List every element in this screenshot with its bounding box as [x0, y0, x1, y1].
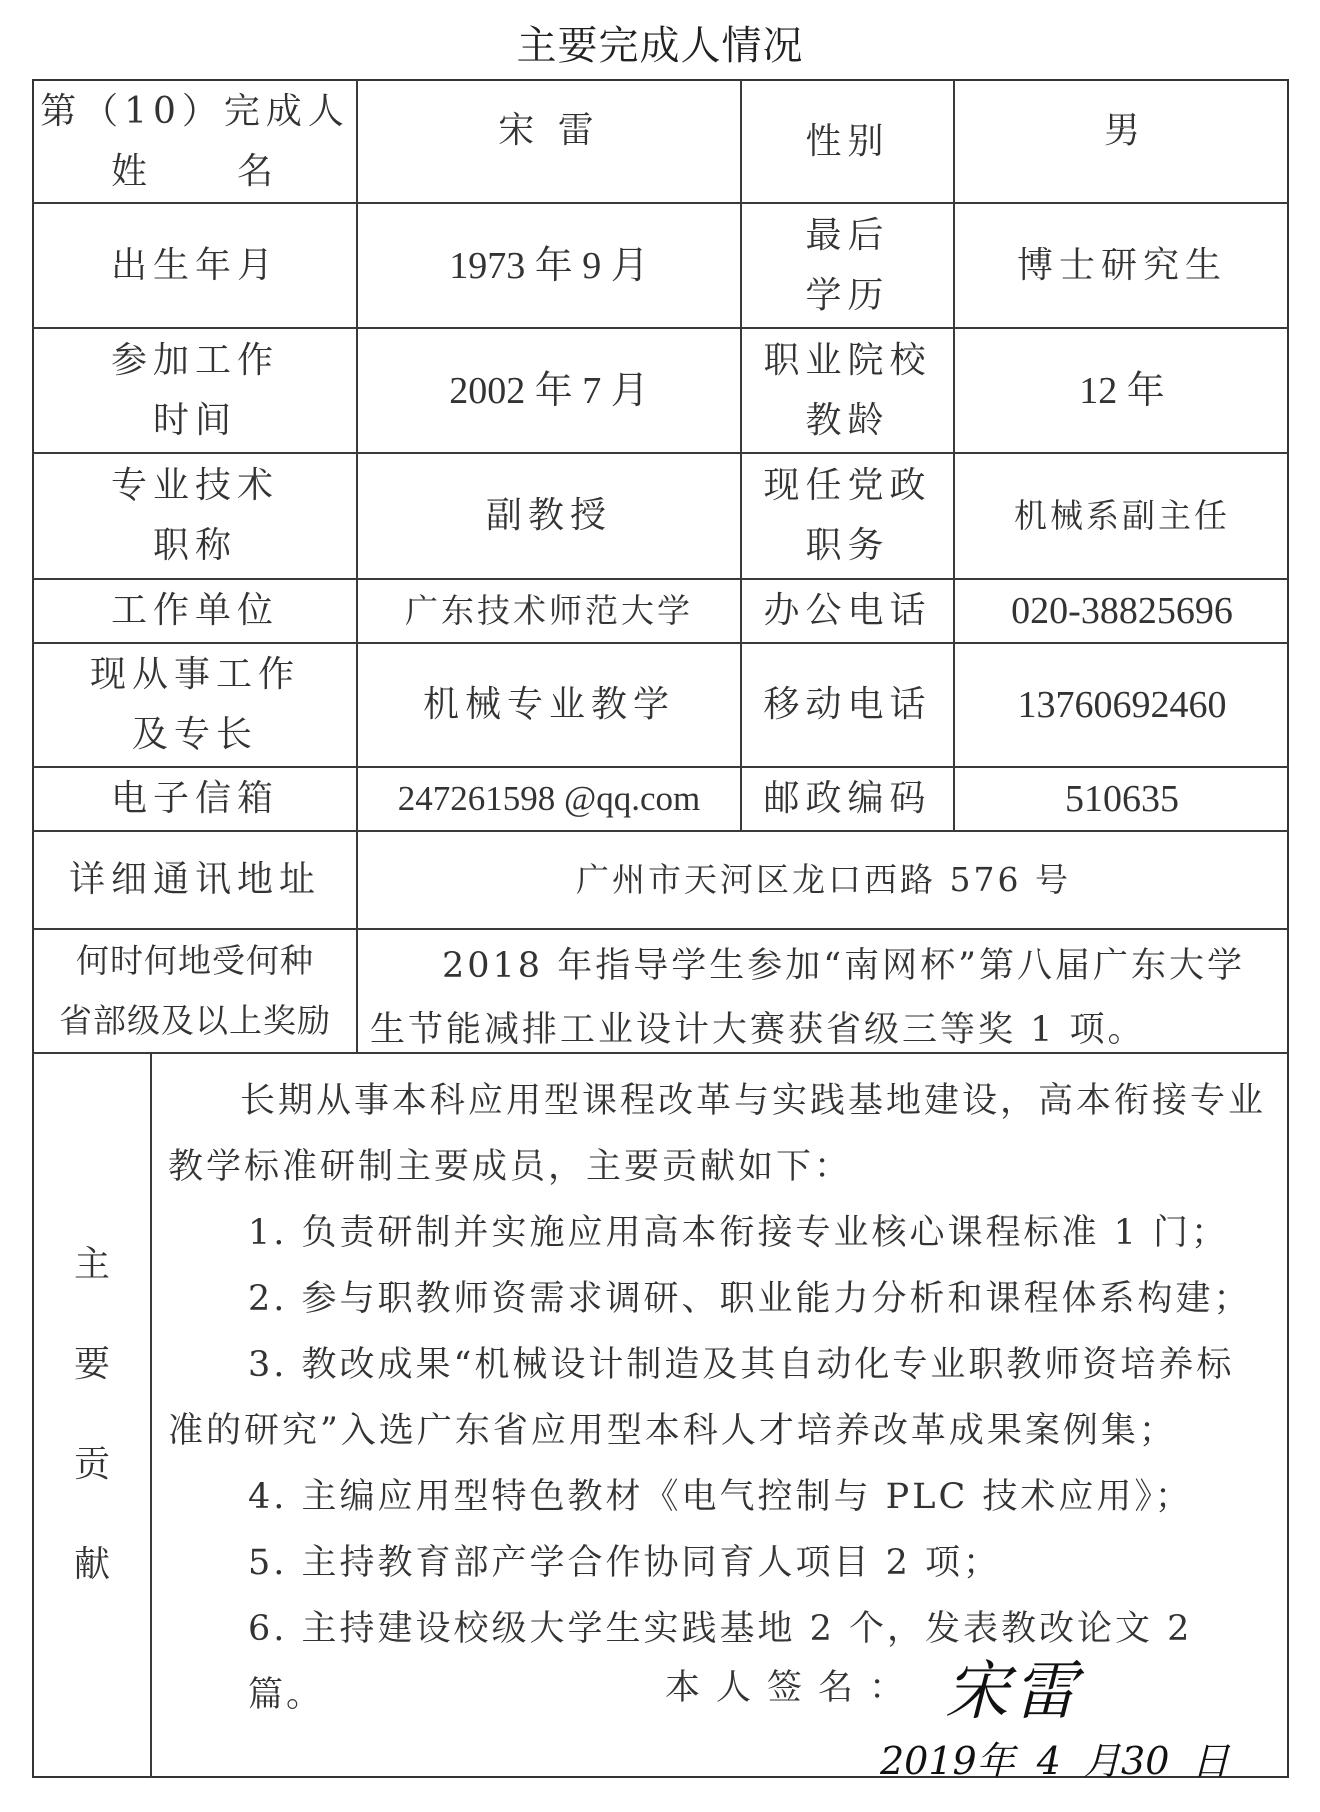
label-line: 第（10）完成人	[40, 82, 350, 142]
mobile-phone-value: 13760692460	[955, 644, 1289, 766]
email-value: 247261598 @qq.com	[358, 768, 740, 830]
name-value: 宋 雷	[358, 81, 740, 202]
position-value: 机械系副主任	[955, 454, 1289, 578]
label-line: 及专长	[132, 705, 258, 765]
specialty-value: 机械专业教学	[358, 644, 740, 766]
page-title: 主要完成人情况	[0, 18, 1320, 74]
birth-value: 1973 年 9 月	[358, 204, 740, 327]
award-value: 2018 年指导学生参加“南网杯”第八届广东大学生节能减排工业设计大赛获省级三等…	[370, 934, 1280, 1062]
label-line: 职称	[153, 516, 237, 576]
label-char: 贡	[74, 1415, 110, 1515]
birth-label: 出生年月	[34, 204, 356, 327]
label-line: 何时何地受何种	[76, 931, 314, 991]
label-line: 学历	[805, 266, 889, 326]
label-line: 教龄	[805, 391, 889, 451]
label-line: 现任党政	[763, 456, 931, 516]
postal-code-label: 邮政编码	[742, 768, 953, 830]
contribution-intro: 长期从事本科应用型课程改革与实践基地建设，高本衔接专业教学标准研制主要成员，主要…	[168, 1068, 1278, 1200]
label-line: 参加工作	[111, 331, 279, 391]
contribution-item-continued: 准的研究”入选广东省应用型本科人才培养改革成果案例集；	[168, 1398, 1278, 1464]
contribution-item: 2. 参与职教师资需求调研、职业能力分析和课程体系构建；	[168, 1266, 1278, 1332]
office-phone-label: 办公电话	[742, 580, 953, 642]
address-label: 详细通讯地址	[34, 832, 356, 928]
label-char: 主	[74, 1215, 110, 1315]
label-line: 专业技术	[111, 456, 279, 516]
position-label: 现任党政 职务	[742, 454, 953, 578]
office-phone-value: 020-38825696	[955, 580, 1289, 642]
label-line: 时间	[153, 391, 237, 451]
mobile-phone-label: 移动电话	[742, 644, 953, 766]
teaching-years-value: 12 年	[955, 329, 1289, 452]
contribution-item: 1. 负责研制并实施应用高本衔接专业核心课程标准 1 门；	[168, 1200, 1278, 1266]
label-line: 省部级及以上奖励	[59, 991, 331, 1051]
postal-code-value: 510635	[955, 768, 1289, 830]
label-line: 现从事工作	[90, 645, 300, 705]
employer-label: 工作单位	[34, 580, 356, 642]
name-label: 第（10）完成人 姓 名	[34, 81, 356, 202]
contribution-label: 主 要 贡 献	[34, 1054, 150, 1776]
contribution-item: 4. 主编应用型特色教材《电气控制与 PLC 技术应用》；	[168, 1464, 1278, 1530]
award-label: 何时何地受何种 省部级及以上奖励	[34, 930, 356, 1052]
specialty-label: 现从事工作 及专长	[34, 644, 356, 766]
contribution-item: 3. 教改成果“机械设计制造及其自动化专业职教师资培养标	[168, 1332, 1278, 1398]
column-divider	[150, 1052, 152, 1778]
teaching-years-label: 职业院校 教龄	[742, 329, 953, 452]
gender-label: 性别	[742, 81, 953, 202]
signature-label: 本人签名：	[665, 1660, 920, 1710]
education-label: 最后 学历	[742, 204, 953, 327]
label-char: 要	[74, 1315, 110, 1415]
label-char: 献	[74, 1515, 110, 1615]
handwritten-signature: 宋雷	[945, 1640, 1081, 1732]
contribution-content: 长期从事本科应用型课程改革与实践基地建设，高本衔接专业教学标准研制主要成员，主要…	[168, 1068, 1278, 1728]
label-line: 最后	[805, 206, 889, 266]
address-value: 广州市天河区龙口西路 576 号	[358, 832, 1289, 928]
handwritten-date: 2019年 4 月30 日	[880, 1730, 1229, 1785]
education-value: 博士研究生	[955, 204, 1289, 327]
employer-value: 广东技术师范大学	[358, 580, 740, 642]
title-rank-value: 副教授	[358, 454, 740, 578]
work-start-label: 参加工作 时间	[34, 329, 356, 452]
gender-value: 男	[955, 81, 1289, 202]
label-line: 职业院校	[763, 331, 931, 391]
email-label: 电子信箱	[34, 768, 356, 830]
label-line: 职务	[805, 516, 889, 576]
title-rank-label: 专业技术 职称	[34, 454, 356, 578]
work-start-value: 2002 年 7 月	[358, 329, 740, 452]
label-line: 姓 名	[111, 142, 279, 202]
contribution-item: 5. 主持教育部产学合作协同育人项目 2 项；	[168, 1530, 1278, 1596]
